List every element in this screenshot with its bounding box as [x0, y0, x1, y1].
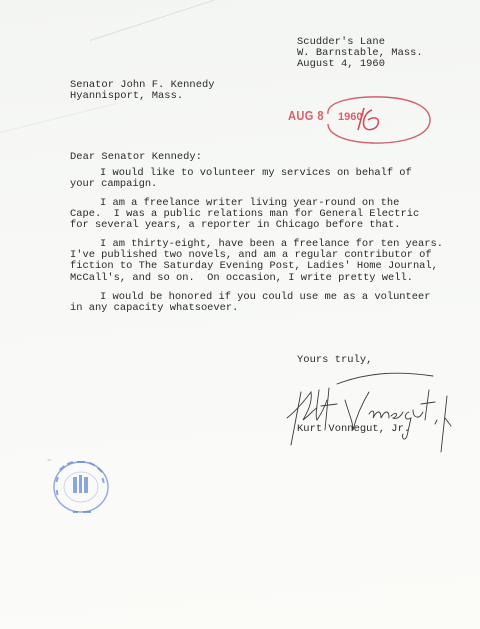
received-year-text: 1960: [338, 111, 362, 123]
received-date-text: AUG 8: [288, 108, 324, 123]
closing: Yours truly,: [297, 355, 372, 366]
handwritten-circle-annotation: 1960: [322, 94, 434, 146]
salutation: Dear Senator Kennedy:: [70, 152, 202, 163]
paragraph-line: in any capacity whatsoever.: [70, 303, 430, 314]
received-date-stamp: AUG 8: [288, 108, 324, 123]
paper-crease: [0, 103, 117, 133]
body-paragraph-1: I would like to volunteer my services on…: [70, 168, 412, 190]
paragraph-line: your campaign.: [70, 179, 412, 190]
paragraph-line: for several years, a reporter in Chicago…: [70, 220, 419, 231]
letter-date: August 4, 1960: [297, 59, 385, 70]
paragraph-line: McCall's, and so on. On occasion, I writ…: [70, 273, 443, 284]
paragraph-line: fiction to The Saturday Evening Post, La…: [70, 261, 443, 272]
body-paragraph-3: I am thirty-eight, have been a freelance…: [70, 239, 443, 284]
body-paragraph-2: I am a freelance writer living year-roun…: [70, 198, 419, 232]
recipient-location: Hyannisport, Mass.: [70, 91, 183, 102]
body-paragraph-4: I would be honored if you could use me a…: [70, 292, 430, 314]
circular-received-stamp: 1x: [43, 455, 115, 517]
stamp-corner-mark: 1x: [47, 457, 51, 462]
handwritten-signature: [283, 370, 458, 455]
paper-crease: [90, 0, 214, 41]
typed-signature: Kurt Vonnegut, Jr.: [297, 424, 410, 435]
letter-page: Scudder's Lane W. Barnstable, Mass. Augu…: [0, 0, 480, 629]
